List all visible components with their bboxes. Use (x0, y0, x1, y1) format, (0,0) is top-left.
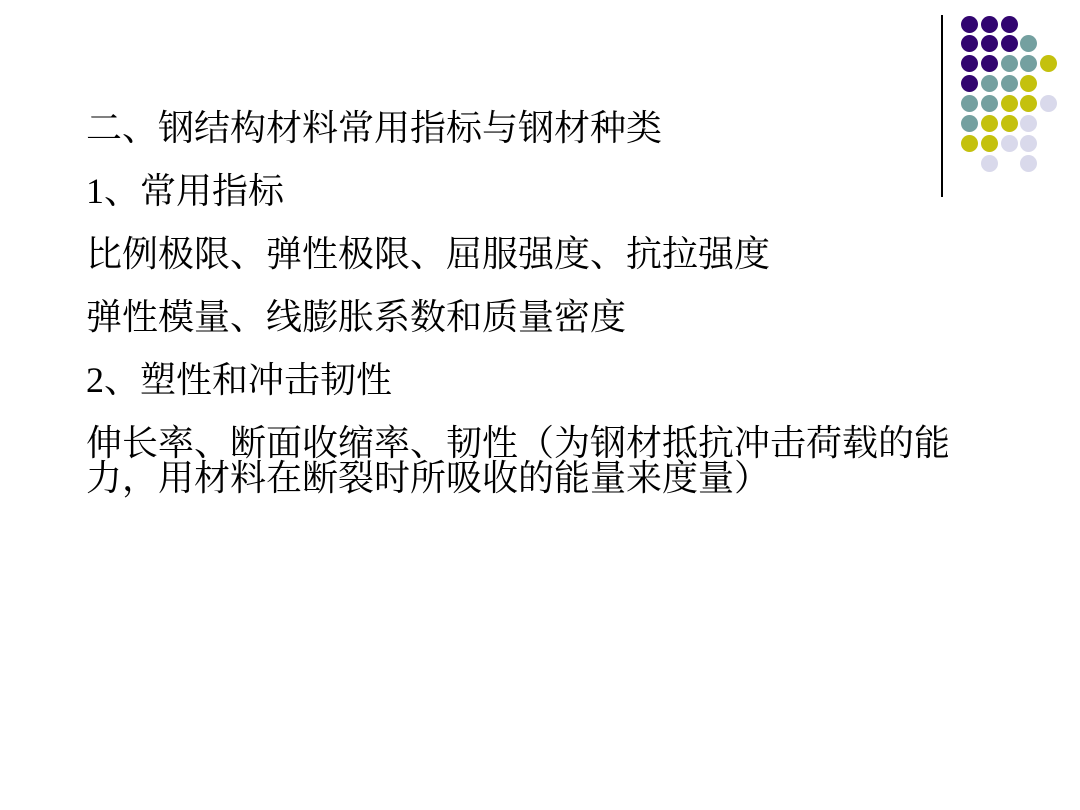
decorative-dot (1020, 35, 1037, 52)
decorative-dot (1020, 115, 1037, 132)
decorative-dot (981, 75, 998, 92)
slide-text-line: 弹性模量、线膨胀系数和质量密度 (86, 300, 966, 335)
slide-canvas: 二、钢结构材料常用指标与钢材种类 1、常用指标 比例极限、弹性极限、屈服强度、抗… (0, 0, 1080, 810)
decorative-dot (1020, 95, 1037, 112)
decorative-dot (1001, 35, 1018, 52)
decorative-dot (961, 95, 978, 112)
decorative-dot (961, 16, 978, 33)
decorative-dot (1040, 95, 1057, 112)
decorative-dot (1001, 75, 1018, 92)
decorative-dot (1020, 135, 1037, 152)
decorative-dot (961, 75, 978, 92)
slide-text-line: 比例极限、弹性极限、屈服强度、抗拉强度 (86, 237, 966, 272)
decorative-dot (961, 55, 978, 72)
decorative-dot (1020, 75, 1037, 92)
decorative-dot (961, 35, 978, 52)
decorative-dot (981, 35, 998, 52)
decorative-dot (1001, 55, 1018, 72)
decorative-dot (981, 16, 998, 33)
decorative-dot (981, 135, 998, 152)
decorative-dot (981, 115, 998, 132)
decorative-dot (1040, 55, 1057, 72)
decorative-dot (981, 55, 998, 72)
decorative-dot (1001, 95, 1018, 112)
decorative-dot (1001, 16, 1018, 33)
slide-title-line: 二、钢结构材料常用指标与钢材种类 (86, 111, 966, 146)
vertical-divider-rule (941, 15, 943, 197)
slide-text-line: 伸长率、断面收缩率、韧性（为钢材抵抗冲击荷载的能力，用材料在断裂时所吸收的能量来… (86, 426, 966, 496)
decorative-dot (981, 155, 998, 172)
decorative-dot (981, 95, 998, 112)
slide-text-block: 二、钢结构材料常用指标与钢材种类 1、常用指标 比例极限、弹性极限、屈服强度、抗… (86, 111, 966, 524)
slide-text-line: 1、常用指标 (86, 174, 966, 209)
decorative-dot (1001, 135, 1018, 152)
slide-text-line: 2、塑性和冲击韧性 (86, 363, 966, 398)
decorative-dot (1001, 115, 1018, 132)
decorative-dot (1020, 55, 1037, 72)
decorative-dot (1020, 155, 1037, 172)
